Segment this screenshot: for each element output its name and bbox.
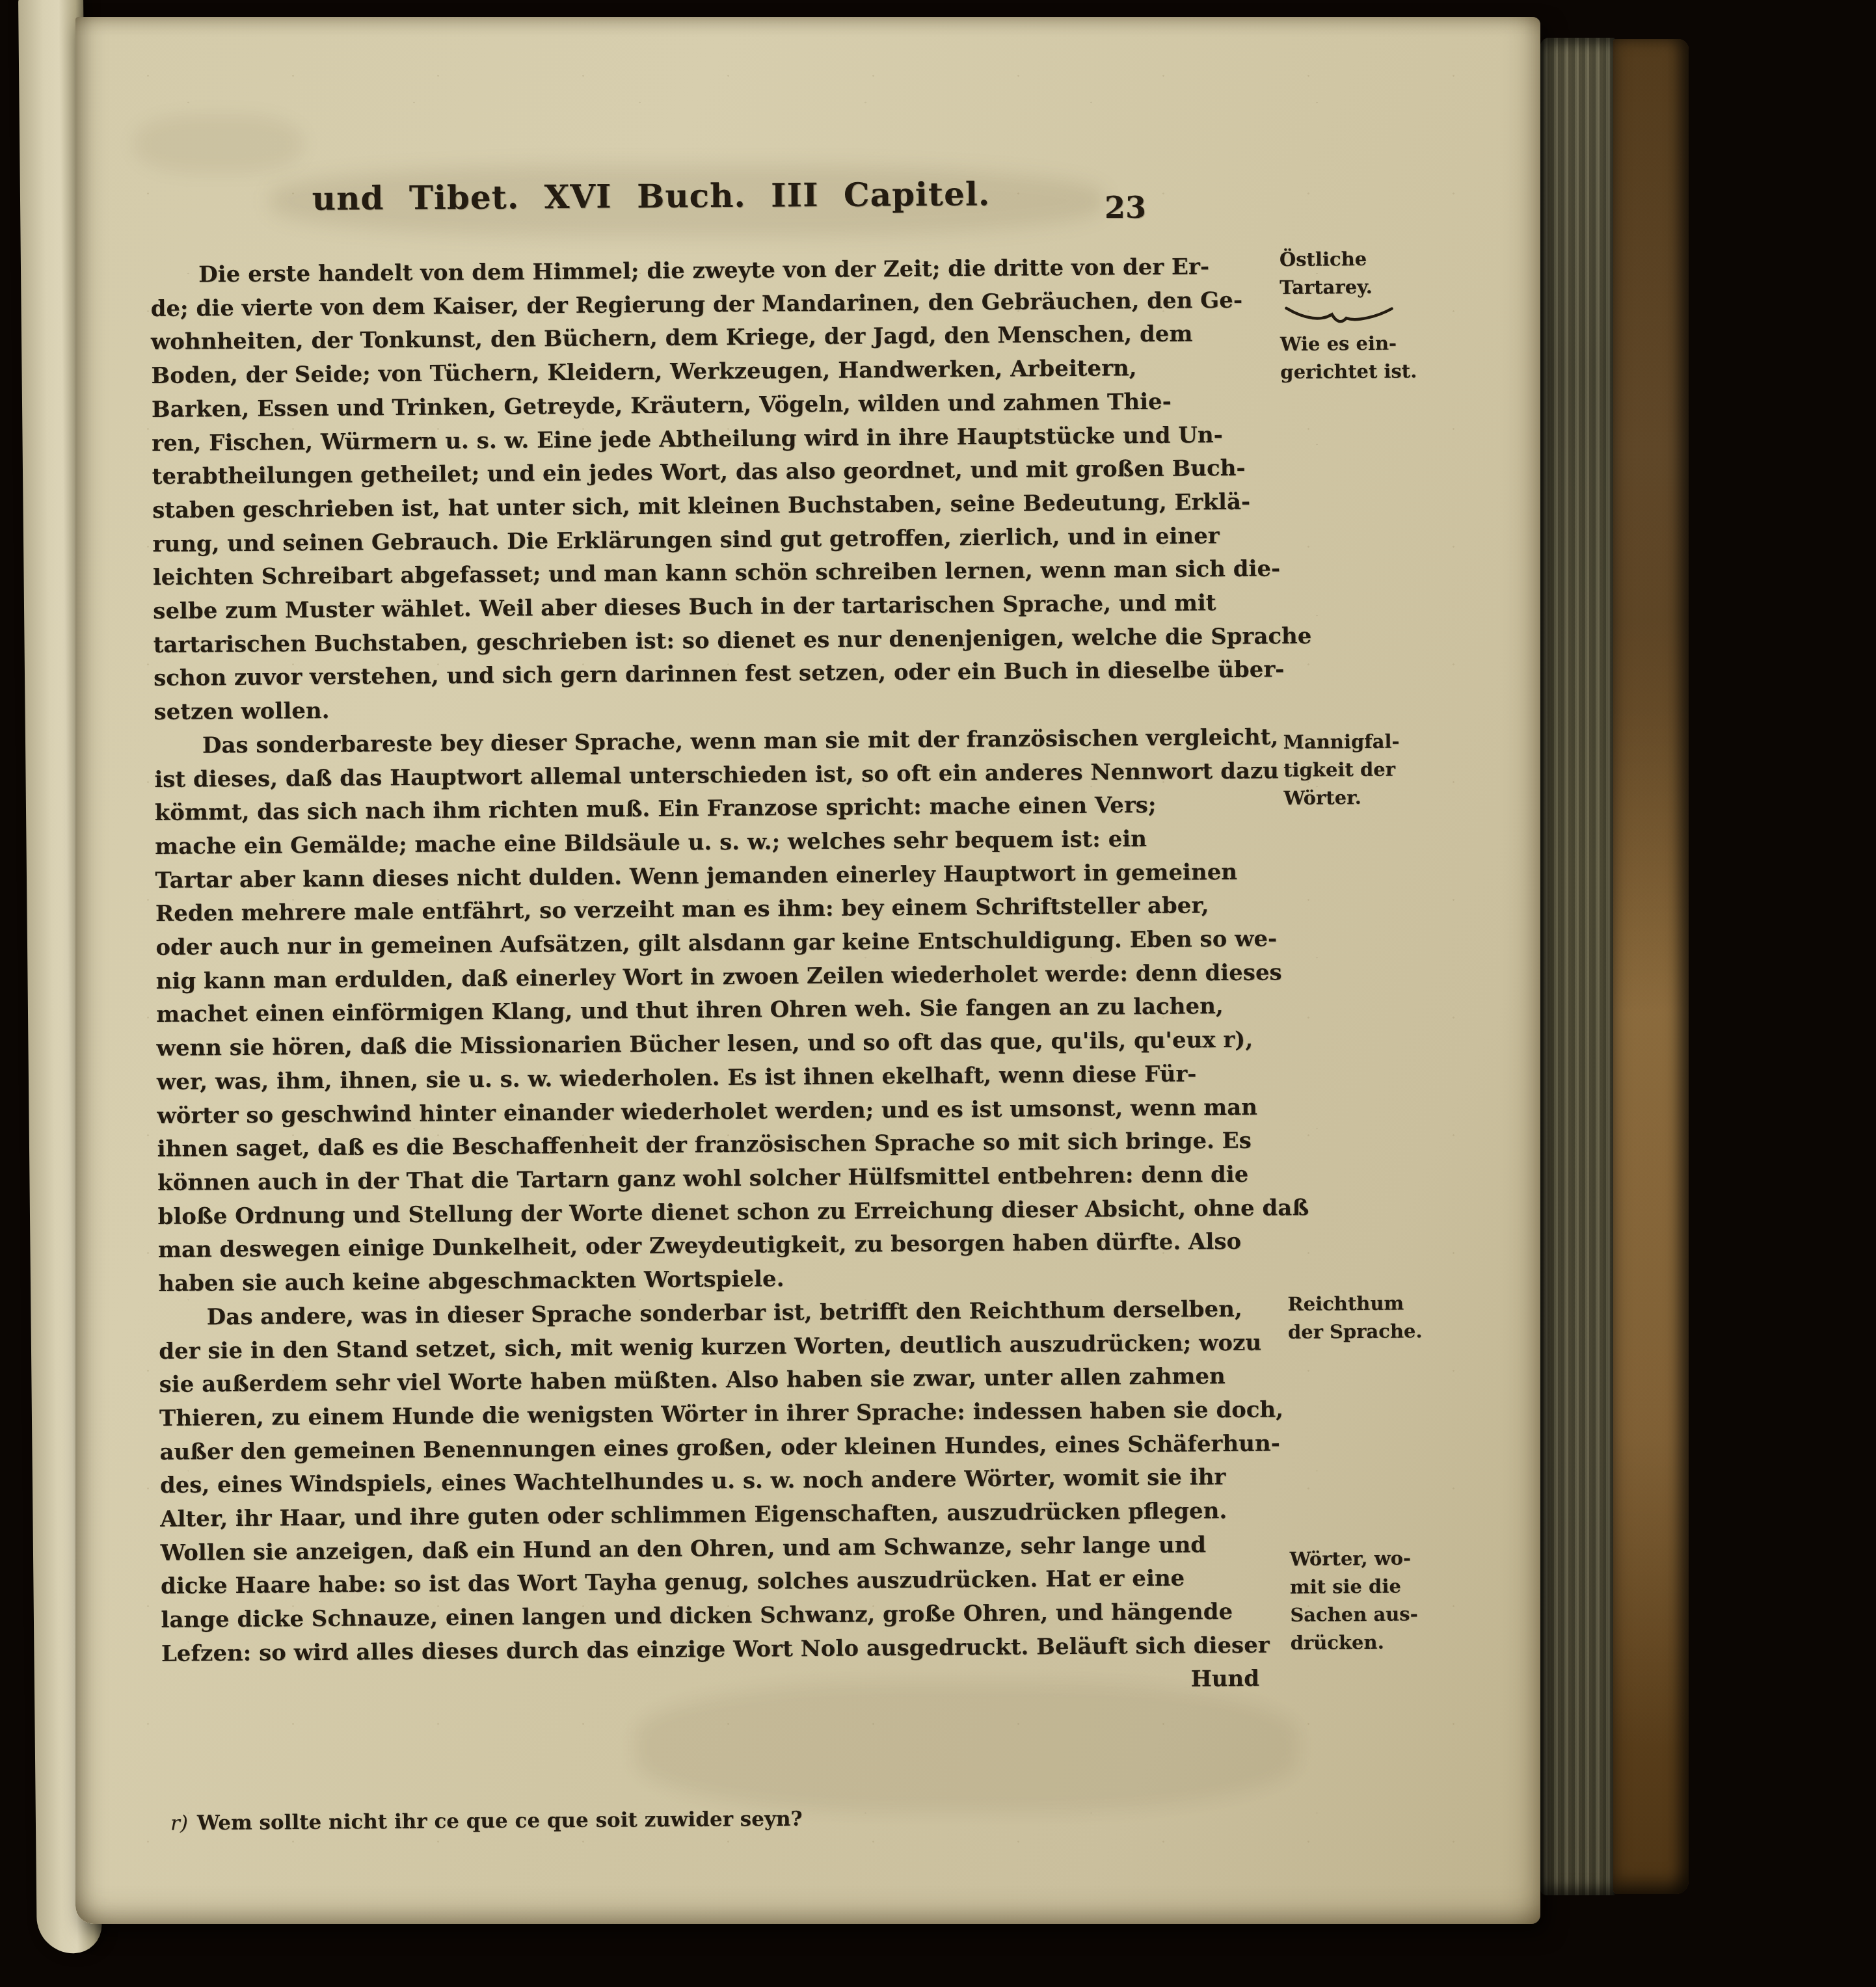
margin-note-line: gerichtet ist. xyxy=(1280,357,1447,386)
bleedthrough-ghost xyxy=(635,1682,1298,1812)
margin-note: ÖstlicheTartarey. xyxy=(1280,245,1447,328)
margin-note-line: Sachen aus- xyxy=(1290,1600,1456,1629)
page-number: 23 xyxy=(1105,190,1146,225)
margin-notes: ÖstlicheTartarey.Wie es ein-gerichtet is… xyxy=(1278,16,1444,17)
catchword: Hund xyxy=(1077,1666,1259,1693)
footnote-text: Wem sollte nicht ihr ce que ce que soit … xyxy=(197,1807,803,1835)
margin-note-line: drücken. xyxy=(1290,1628,1456,1657)
margin-note: Reichthumder Sprache. xyxy=(1287,1289,1454,1346)
margin-note-line: Wie es ein- xyxy=(1280,329,1447,358)
footnote-marker: r) xyxy=(170,1811,197,1835)
book-board-edge xyxy=(1613,39,1689,1894)
bleedthrough-ghost xyxy=(134,114,303,173)
book-fore-edge xyxy=(1540,38,1615,1895)
margin-note-line: mit sie die xyxy=(1290,1572,1456,1601)
running-title: und Tibet. XVI Buch. III Capitel. xyxy=(312,174,990,217)
footnote: r)Wem sollte nicht ihr ce que ce que soi… xyxy=(170,1807,803,1835)
margin-note-line: Reichthum xyxy=(1287,1289,1454,1318)
brace-underline xyxy=(1283,304,1395,327)
margin-note-line: Östliche xyxy=(1280,245,1446,274)
text-column: Die erste handelt von dem Himmel; die zw… xyxy=(150,250,1281,1671)
margin-note-line: Wörter, wo- xyxy=(1289,1544,1456,1573)
margin-note: Wie es ein-gerichtet ist. xyxy=(1280,329,1447,386)
margin-note-line: Tartarey. xyxy=(1280,273,1446,302)
margin-note-line: der Sprache. xyxy=(1288,1317,1454,1346)
running-header: und Tibet. XVI Buch. III Capitel. xyxy=(290,174,1012,218)
margin-note-line: Mannigfal- xyxy=(1283,727,1450,756)
book-page: und Tibet. XVI Buch. III Capitel. 23 Die… xyxy=(75,17,1540,1924)
margin-note-line: tigkeit der xyxy=(1283,755,1450,784)
margin-note: Wörter, wo-mit sie dieSachen aus-drücken… xyxy=(1289,1544,1456,1657)
margin-note: Mannigfal-tigkeit derWörter. xyxy=(1283,727,1451,812)
margin-note-line: Wörter. xyxy=(1283,783,1450,812)
